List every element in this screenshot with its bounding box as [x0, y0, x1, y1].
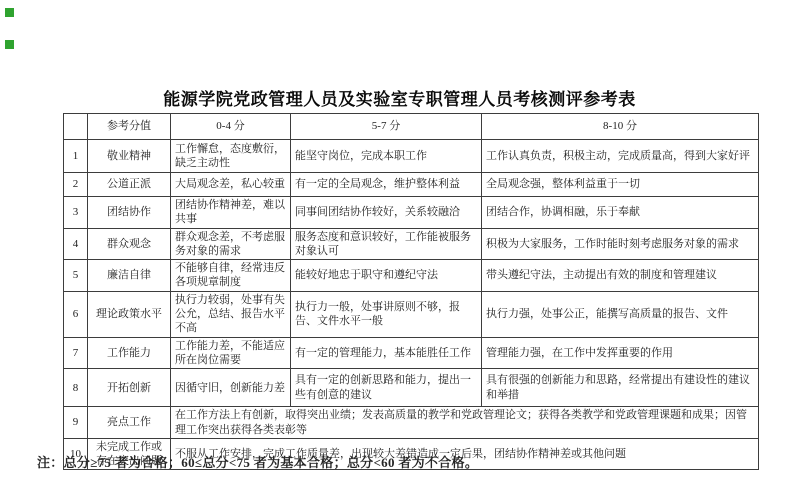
score-desc-low-cell: 团结协作精神差，难以共事 — [171, 197, 291, 229]
table-row: 7 工作能力 工作能力差，不能适应所在岗位需要 有一定的管理能力，基本能胜任工作… — [64, 337, 759, 369]
row-number-cell: 6 — [64, 291, 88, 337]
table-row: 5 廉洁自律 不能够自律，经常违反各项规章制度 能较好地忠于职守和遵纪守法 带头… — [64, 260, 759, 292]
table-header-row: 参考分值 0-4 分 5-7 分 8-10 分 — [64, 114, 759, 140]
table-row: 4 群众观念 群众观念差，不考虑服务对象的需求 服务态度和意识较好，工作能被服务… — [64, 228, 759, 260]
table-row: 3 团结协作 团结协作精神差，难以共事 同事间团结协作较好，关系较融洽 团结合作… — [64, 197, 759, 229]
table-row: 8 开拓创新 因循守旧，创新能力差 具有一定的创新思路和能力，提出一些有创意的建… — [64, 369, 759, 407]
criterion-label-cell: 亮点工作 — [88, 407, 171, 439]
score-desc-low-cell: 执行力较弱，处事有失公允，总结、报告水平不高 — [171, 291, 291, 337]
criterion-label-cell: 工作能力 — [88, 337, 171, 369]
table-row: 1 敬业精神 工作懈怠，态度敷衍，缺乏主动性 能坚守岗位，完成本职工作 工作认真… — [64, 140, 759, 173]
score-desc-low-cell: 因循守旧，创新能力差 — [171, 369, 291, 407]
score-desc-mid-cell: 具有一定的创新思路和能力，提出一些有创意的建议 — [291, 369, 482, 407]
score-desc-mid-cell: 有一定的管理能力，基本能胜任工作 — [291, 337, 482, 369]
score-desc-low-cell: 群众观念差，不考虑服务对象的需求 — [171, 228, 291, 260]
score-desc-low-cell: 不能够自律，经常违反各项规章制度 — [171, 260, 291, 292]
score-desc-mid-cell: 能坚守岗位，完成本职工作 — [291, 140, 482, 173]
page-title: 能源学院党政管理人员及实验室专职管理人员考核测评参考表 — [0, 85, 799, 110]
row-number-cell: 7 — [64, 337, 88, 369]
score-desc-high-cell: 积极为大家服务，工作时能时刻考虑服务对象的需求 — [482, 228, 759, 260]
score-desc-high-cell: 工作认真负责，积极主动，完成质量高，得到大家好评 — [482, 140, 759, 173]
green-corner-marker-bottom — [5, 40, 14, 49]
score-desc-high-cell: 团结合作，协调相融，乐于奉献 — [482, 197, 759, 229]
score-desc-low-cell: 大局观念差，私心较重 — [171, 173, 291, 197]
score-desc-mid-cell: 服务态度和意识较好，工作能被服务对象认可 — [291, 228, 482, 260]
header-cell-mid: 5-7 分 — [291, 114, 482, 140]
score-desc-high-cell: 带头遵纪守法，主动提出有效的制度和管理建议 — [482, 260, 759, 292]
score-desc-mid-cell: 执行力一般，处事讲原则不够，报告、文件水平一般 — [291, 291, 482, 337]
footer-note: 注：总分≥75 者为合格；60≤总分<75 者为基本合格；总分<60 者为不合格… — [37, 452, 478, 471]
row-number-cell: 8 — [64, 369, 88, 407]
header-cell-high: 8-10 分 — [482, 114, 759, 140]
row-number-cell: 4 — [64, 228, 88, 260]
criterion-label-cell: 廉洁自律 — [88, 260, 171, 292]
score-desc-high-cell: 全局观念强，整体利益重于一切 — [482, 173, 759, 197]
table-row: 2 公道正派 大局观念差，私心较重 有一定的全局观念，维护整体利益 全局观念强，… — [64, 173, 759, 197]
row-number-cell: 5 — [64, 260, 88, 292]
score-desc-mid-cell: 同事间团结协作较好，关系较融洽 — [291, 197, 482, 229]
score-desc-high-cell: 管理能力强，在工作中发挥重要的作用 — [482, 337, 759, 369]
criterion-label-cell: 理论政策水平 — [88, 291, 171, 337]
criterion-label-cell: 敬业精神 — [88, 140, 171, 173]
document-page: 能源学院党政管理人员及实验室专职管理人员考核测评参考表 参考分值 0-4 分 5… — [0, 0, 799, 479]
header-cell-number — [64, 114, 88, 140]
score-desc-mid-cell: 能较好地忠于职守和遵纪守法 — [291, 260, 482, 292]
row-number-cell: 2 — [64, 173, 88, 197]
green-corner-marker-top — [5, 8, 14, 17]
header-cell-score-label: 参考分值 — [88, 114, 171, 140]
criterion-label-cell: 群众观念 — [88, 228, 171, 260]
criterion-label-cell: 开拓创新 — [88, 369, 171, 407]
header-cell-low: 0-4 分 — [171, 114, 291, 140]
criterion-label-cell: 公道正派 — [88, 173, 171, 197]
row-number-cell: 3 — [64, 197, 88, 229]
score-desc-low-cell: 工作能力差，不能适应所在岗位需要 — [171, 337, 291, 369]
score-desc-mid-cell: 有一定的全局观念，维护整体利益 — [291, 173, 482, 197]
score-desc-low-cell: 工作懈怠，态度敷衍，缺乏主动性 — [171, 140, 291, 173]
row-number-cell: 1 — [64, 140, 88, 173]
row-number-cell: 9 — [64, 407, 88, 439]
merged-desc-cell: 在工作方法上有创新，取得突出业绩；发表高质量的教学和党政管理论文；获得各类教学和… — [171, 407, 759, 439]
score-desc-high-cell: 具有很强的创新能力和思路，经常提出有建设性的建议和举措 — [482, 369, 759, 407]
assessment-table: 参考分值 0-4 分 5-7 分 8-10 分 1 敬业精神 工作懈怠，态度敷衍… — [63, 113, 759, 470]
score-desc-high-cell: 执行力强，处事公正，能撰写高质量的报告、文件 — [482, 291, 759, 337]
criterion-label-cell: 团结协作 — [88, 197, 171, 229]
table-row: 9 亮点工作 在工作方法上有创新，取得突出业绩；发表高质量的教学和党政管理论文；… — [64, 407, 759, 439]
table-row: 6 理论政策水平 执行力较弱，处事有失公允，总结、报告水平不高 执行力一般，处事… — [64, 291, 759, 337]
